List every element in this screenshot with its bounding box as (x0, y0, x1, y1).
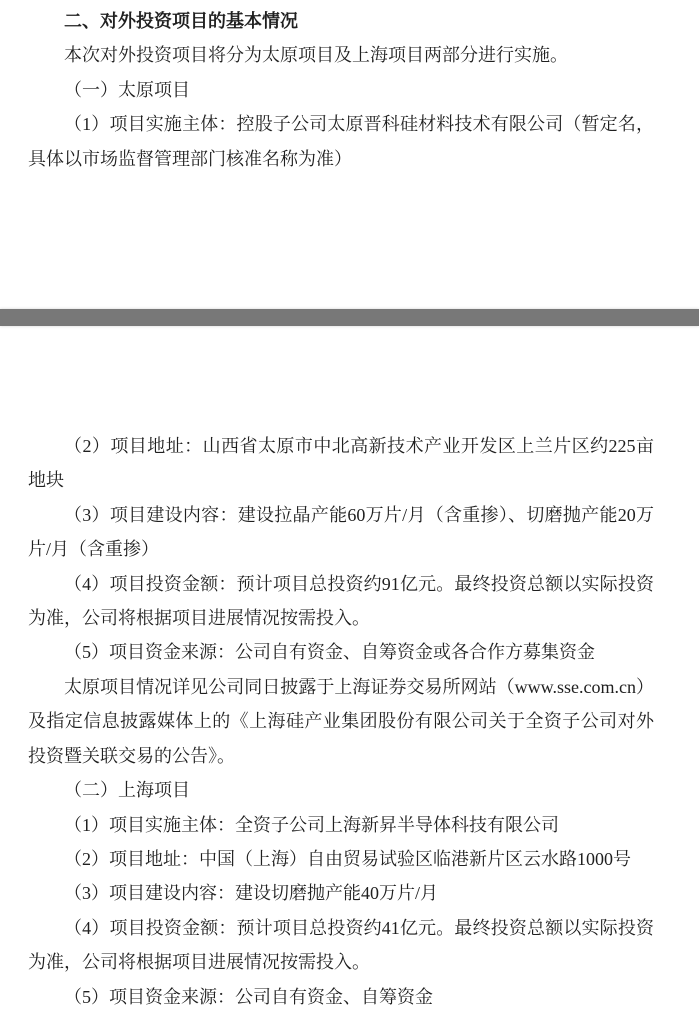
intro-paragraph: 本次对外投资项目将分为太原项目及上海项目两部分进行实施。 (28, 38, 654, 72)
document-page: 二、对外投资项目的基本情况 本次对外投资项目将分为太原项目及上海项目两部分进行实… (0, 0, 699, 1020)
shanghai-item-construction: （3）项目建设内容：建设切磨抛产能40万片/月 (28, 876, 654, 910)
taiyuan-item-investment: （4）项目投资金额：预计项目总投资约91亿元。最终投资总额以实际投资为准，公司将… (28, 567, 654, 636)
taiyuan-item-address: （2）项目地址：山西省太原市中北高新技术产业开发区上兰片区约225亩地块 (28, 429, 654, 498)
taiyuan-item-funding: （5）项目资金来源：公司自有资金、自筹资金或各合作方募集资金 (28, 635, 654, 669)
shanghai-item-implementer: （1）项目实施主体：全资子公司上海新昇半导体科技有限公司 (28, 808, 654, 842)
shanghai-section-title: （二）上海项目 (28, 773, 654, 807)
taiyuan-item-construction: （3）项目建设内容：建设拉晶产能60万片/月（含重掺）、切磨抛产能20万片/月（… (28, 498, 654, 567)
document-body-top: 二、对外投资项目的基本情况 本次对外投资项目将分为太原项目及上海项目两部分进行实… (0, 0, 699, 176)
taiyuan-disclosure-note: 太原项目情况详见公司同日披露于上海证券交易所网站（www.sse.com.cn）… (28, 670, 654, 773)
shanghai-item-address: （2）项目地址：中国（上海）自由贸易试验区临港新片区云水路1000号 (28, 842, 654, 876)
shanghai-item-funding: （5）项目资金来源：公司自有资金、自筹资金 (28, 980, 654, 1014)
shanghai-item-investment: （4）项目投资金额：预计项目总投资约41亿元。最终投资总额以实际投资为准，公司将… (28, 911, 654, 980)
document-body-bottom: （2）项目地址：山西省太原市中北高新技术产业开发区上兰片区约225亩地块 （3）… (0, 429, 699, 1014)
page-break-bar (0, 309, 699, 326)
section-heading: 二、对外投资项目的基本情况 (28, 4, 654, 38)
taiyuan-section-title: （一）太原项目 (28, 73, 654, 107)
taiyuan-item-implementer: （1）项目实施主体：控股子公司太原晋科硅材料技术有限公司（暂定名，具体以市场监督… (28, 107, 654, 176)
